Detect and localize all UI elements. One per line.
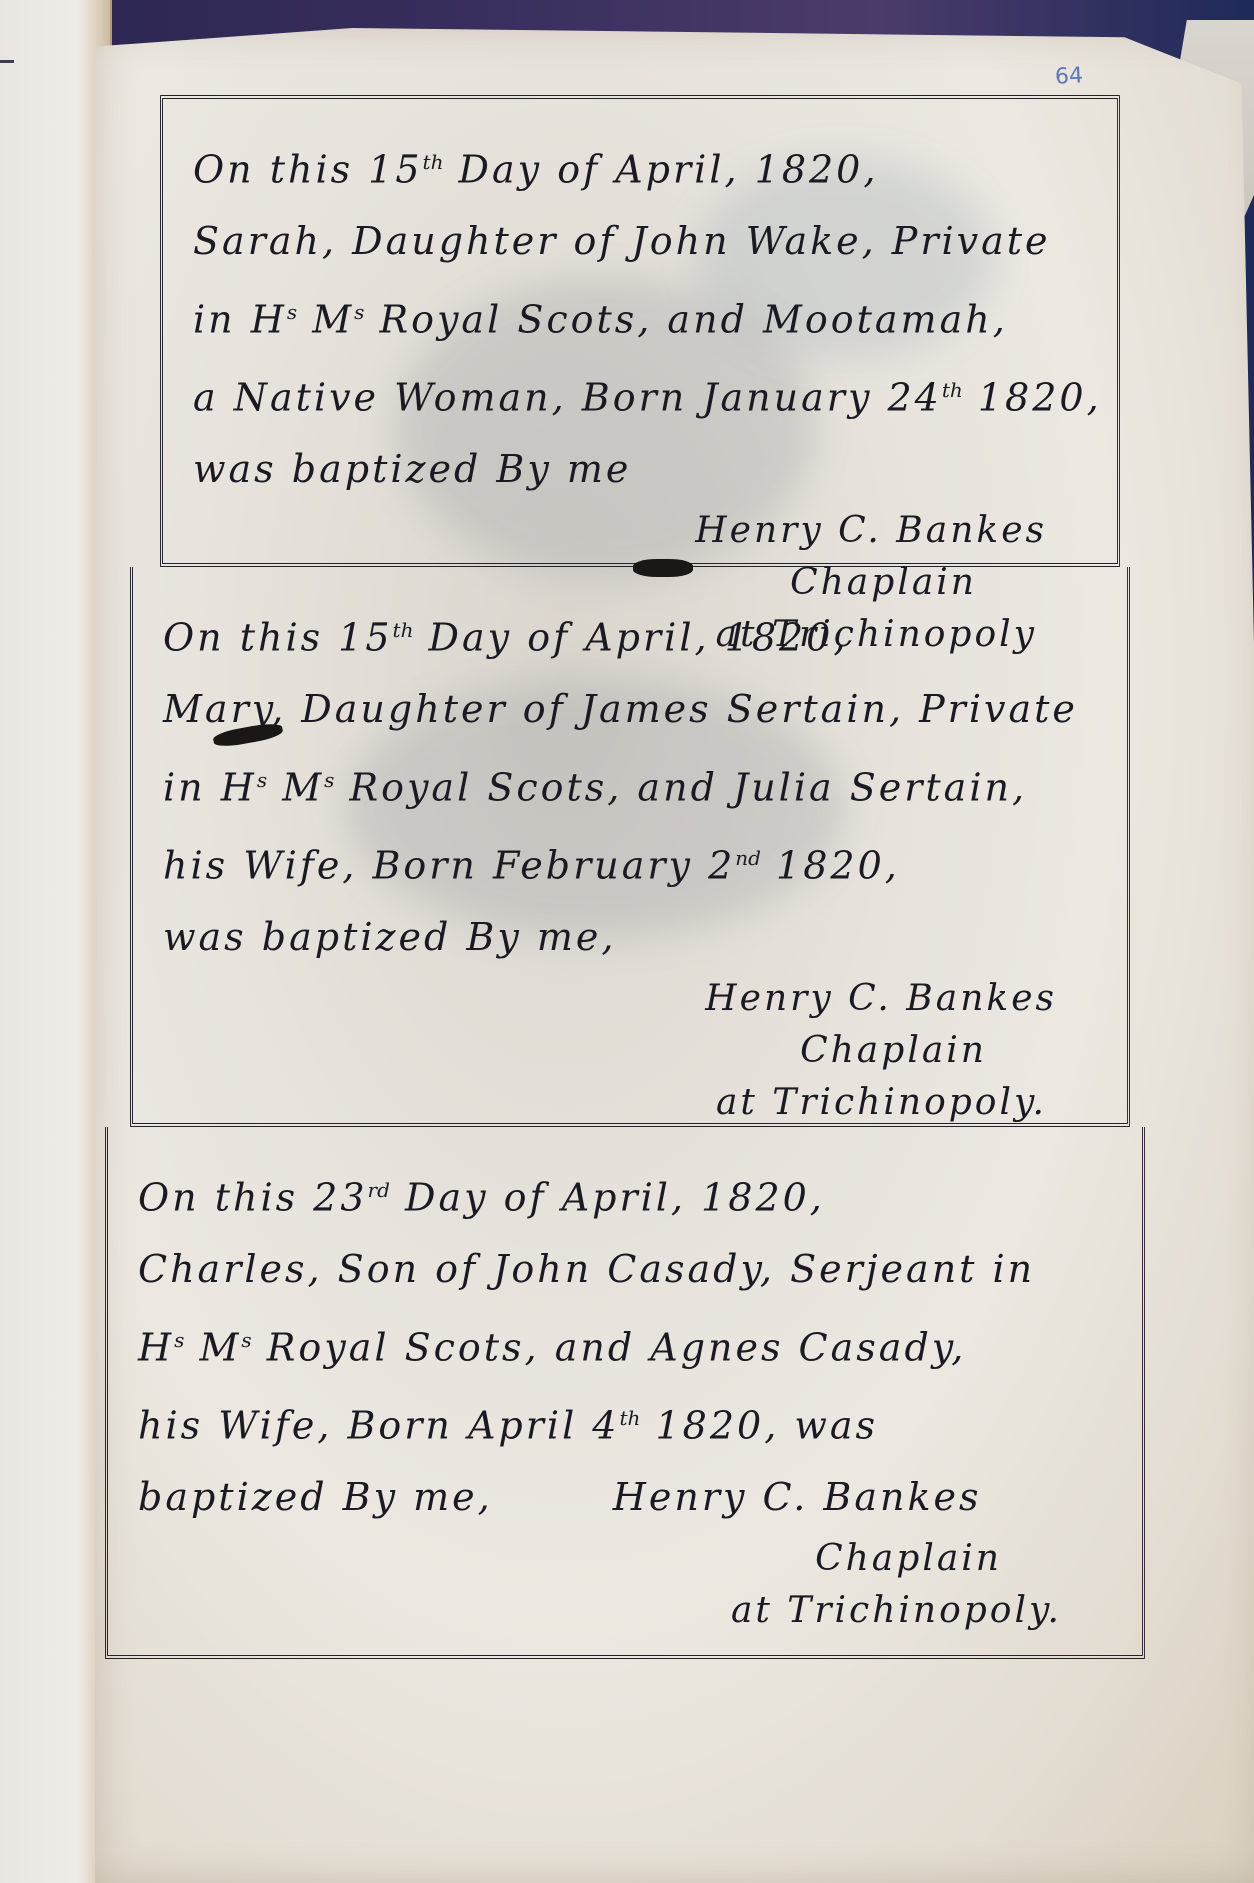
facing-page-rule bbox=[0, 60, 14, 63]
folio-number: 64 bbox=[1054, 63, 1083, 89]
signature-title: Chaplain bbox=[138, 1533, 1082, 1585]
entry-line: Charles, Son of John Casady, Serjeant in bbox=[138, 1234, 1112, 1305]
entry-line: baptized By me,Henry C. Bankes bbox=[138, 1462, 1112, 1533]
entry-line: Mary, Daughter of James Sertain, Private bbox=[163, 674, 1097, 745]
signature-place: at Trichinopoly. bbox=[163, 1077, 1067, 1129]
signature-name: Henry C. Bankes bbox=[613, 1475, 982, 1519]
baptism-register: On this 15th Day of April, 1820, Sarah, … bbox=[160, 95, 1120, 1659]
entry-line: a Native Woman, Born January 24th 1820, bbox=[193, 355, 1087, 434]
chaplain-signature: Chaplain at Trichinopoly. bbox=[138, 1533, 1112, 1637]
register-entry-3: On this 23rd Day of April, 1820, Charles… bbox=[105, 1127, 1145, 1659]
chaplain-signature: Henry C. Bankes Chaplain at Trichinopoly… bbox=[163, 973, 1097, 1129]
entry-line: was baptized By me bbox=[193, 434, 1087, 505]
entry-line: Sarah, Daughter of John Wake, Private bbox=[193, 206, 1087, 277]
signature-title: Chaplain bbox=[163, 1025, 1067, 1077]
entry-line: Hs Ms Royal Scots, and Agnes Casady, bbox=[138, 1305, 1112, 1384]
entry-line: On this 15th Day of April, 1820, bbox=[193, 127, 1087, 206]
entry-line: his Wife, Born April 4th 1820, was bbox=[138, 1383, 1112, 1462]
signature-name: Henry C. Bankes bbox=[163, 973, 1067, 1025]
entry-line: On this 23rd Day of April, 1820, bbox=[138, 1155, 1112, 1234]
entry-line: in Hs Ms Royal Scots, and Mootamah, bbox=[193, 277, 1087, 356]
signature-place: at Trichinopoly. bbox=[138, 1585, 1082, 1637]
entry-line: in Hs Ms Royal Scots, and Julia Sertain, bbox=[163, 745, 1097, 824]
entry-line: was baptized By me, bbox=[163, 902, 1097, 973]
entry-line: his Wife, Born February 2nd 1820, bbox=[163, 823, 1097, 902]
signature-name: Henry C. Bankes bbox=[193, 505, 1057, 557]
register-entry-1: On this 15th Day of April, 1820, Sarah, … bbox=[160, 95, 1120, 567]
entry-line: On this 15th Day of April, 1820, bbox=[163, 595, 1097, 674]
register-entry-2: On this 15th Day of April, 1820, Mary, D… bbox=[130, 567, 1130, 1127]
